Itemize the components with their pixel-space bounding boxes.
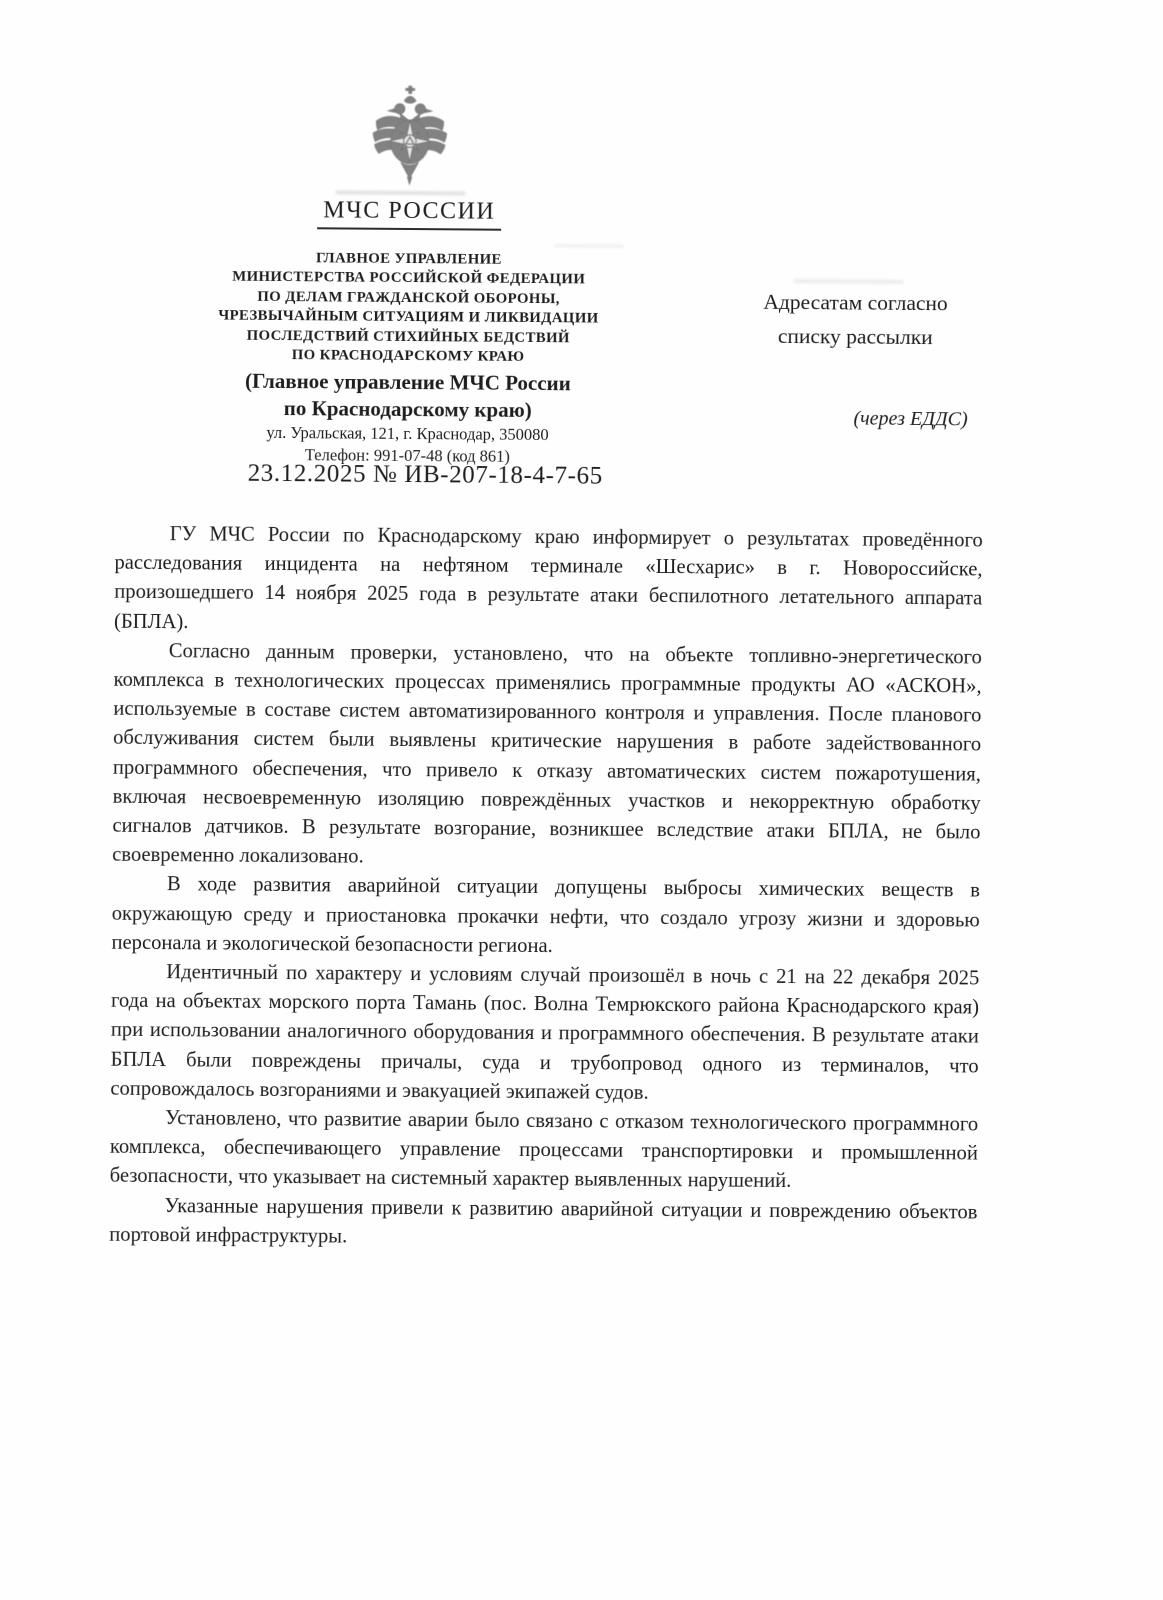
letter-sheet: МЧС РОССИИ ГЛАВНОЕ УПРАВЛЕНИЕ МИНИСТЕРСТ…: [0, 0, 1163, 1600]
short-name-line: (Главное управление МЧС России: [138, 367, 678, 398]
mchs-double-headed-eagle-emblem-icon: [365, 84, 454, 189]
body-paragraph: Указанные нарушения привели к развитию а…: [109, 1191, 977, 1256]
body-paragraph: Идентичный по характеру и условиям случа…: [110, 958, 979, 1111]
scanned-letter-page: МЧС РОССИИ ГЛАВНОЕ УПРАВЛЕНИЕ МИНИСТЕРСТ…: [0, 0, 1163, 1600]
body-paragraph: ГУ МЧС России по Краснодарскому краю инф…: [114, 520, 983, 644]
org-title-text: МЧС РОССИИ: [317, 197, 501, 230]
scan-smudge: [794, 279, 904, 284]
letter-body: ГУ МЧС России по Краснодарскому краю инф…: [109, 520, 983, 1257]
addressee-block: Адресатам согласно списку рассылки: [738, 285, 973, 355]
addressee-line: списку рассылки: [738, 319, 972, 355]
short-name-line: по Краснодарскому краю): [138, 394, 678, 425]
scan-smudge: [554, 244, 624, 248]
org-title: МЧС РОССИИ: [139, 196, 679, 232]
body-paragraph: Согласно данным проверки, установлено, ч…: [112, 637, 982, 877]
letterhead-short-name: (Главное управление МЧС России по Красно…: [138, 367, 678, 425]
letterhead-caps-block: ГЛАВНОЕ УПРАВЛЕНИЕ МИНИСТЕРСТВА РОССИЙСК…: [138, 248, 679, 369]
letterhead-line: ПО КРАСНОДАРСКОМУ КРАЮ: [138, 345, 678, 369]
via-edds-note: (через ЕДДС): [738, 407, 968, 432]
body-paragraph: В ходе развития аварийной ситуации допущ…: [111, 870, 980, 964]
addressee-line: Адресатам согласно: [738, 285, 972, 321]
body-paragraph: Установлено, что развитие аварии было св…: [110, 1104, 979, 1198]
date-and-reference-number: 23.12.2025 № ИВ-207-18-4-7-65: [155, 459, 695, 491]
scan-smudge: [335, 190, 465, 195]
